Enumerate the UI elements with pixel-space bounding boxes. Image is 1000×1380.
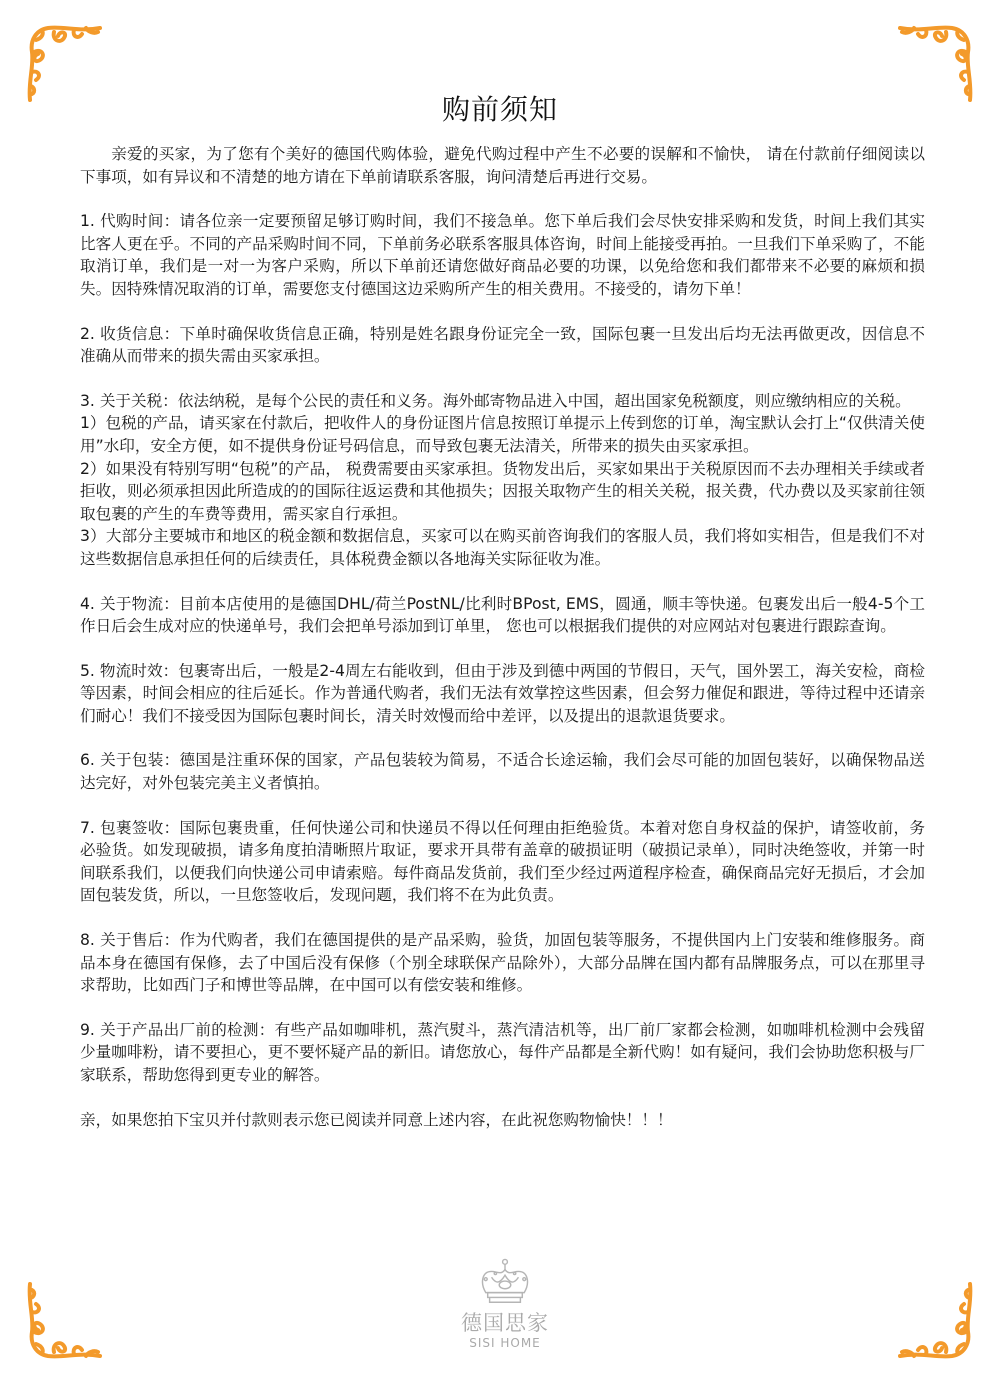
section-package-receipt: 7. 包裹签收：国际包裹贵重，任何快递公司和快递员不得以任何理由拒绝验货。本着对…: [80, 817, 925, 907]
brand-name-en: SISI HOME: [440, 1336, 570, 1350]
section-packaging: 6. 关于包装：德国是注重环保的国家，产品包装较为简易，不适合长途运输，我们会尽…: [80, 749, 925, 794]
section-text: 8. 关于售后：作为代购者，我们在德国提供的是产品采购，验货，加固包装等服务，不…: [80, 929, 925, 997]
section-subitem: 2）如果没有特别写明“包税”的产品， 税费需要由买家承担。货物发出后，买家如果出…: [80, 458, 925, 526]
section-shipping-info: 2. 收货信息：下单时确保收货信息正确，特别是姓名跟身份证完全一致，国际包裹一旦…: [80, 323, 925, 368]
notice-content: 亲爱的买家，为了您有个美好的德国代购体验，避免代购过程中产生不必要的误解和不愉快…: [80, 143, 925, 1131]
section-text: 2. 收货信息：下单时确保收货信息正确，特别是姓名跟身份证完全一致，国际包裹一旦…: [80, 323, 925, 368]
section-subitem: 1）包税的产品，请买家在付款后，把收件人的身份证图片信息按照订单提示上传到您的订…: [80, 412, 925, 457]
crown-icon: [476, 1258, 534, 1308]
section-after-sales: 8. 关于售后：作为代购者，我们在德国提供的是产品采购，验货，加固包装等服务，不…: [80, 929, 925, 997]
section-subitem: 3）大部分主要城市和地区的税金额和数据信息，买家可以在购买前咨询我们的客服人员，…: [80, 525, 925, 570]
section-logistics: 4. 关于物流：目前本店使用的是德国DHL/荷兰PostNL/比利时BPost,…: [80, 593, 925, 638]
page-title: 购前须知: [0, 88, 1000, 128]
section-delivery-time: 5. 物流时效：包裹寄出后，一般是2-4周左右能收到，但由于涉及到德中两国的节假…: [80, 660, 925, 728]
section-purchase-time: 1. 代购时间：请各位亲一定要预留足够订购时间，我们不接急单。您下单后我们会尽快…: [80, 210, 925, 300]
section-factory-inspection: 9. 关于产品出厂前的检测：有些产品如咖啡机，蒸汽熨斗，蒸汽清洁机等，出厂前厂家…: [80, 1019, 925, 1087]
intro-paragraph: 亲爱的买家，为了您有个美好的德国代购体验，避免代购过程中产生不必要的误解和不愉快…: [80, 143, 925, 188]
closing-paragraph: 亲，如果您拍下宝贝并付款则表示您已阅读并同意上述内容，在此祝您购物愉快！！！: [80, 1109, 925, 1132]
brand-name-cn: 德国思家: [440, 1310, 570, 1336]
section-text: 1. 代购时间：请各位亲一定要预留足够订购时间，我们不接急单。您下单后我们会尽快…: [80, 210, 925, 300]
section-text: 4. 关于物流：目前本店使用的是德国DHL/荷兰PostNL/比利时BPost,…: [80, 593, 925, 638]
corner-ornament-bottom-left-icon: [24, 1282, 104, 1362]
brand-logo: 德国思家 SISI HOME: [440, 1258, 570, 1350]
section-text: 3. 关于关税：依法纳税，是每个公民的责任和义务。海外邮寄物品进入中国，超出国家…: [80, 390, 925, 413]
section-customs-tax: 3. 关于关税：依法纳税，是每个公民的责任和义务。海外邮寄物品进入中国，超出国家…: [80, 390, 925, 571]
section-text: 5. 物流时效：包裹寄出后，一般是2-4周左右能收到，但由于涉及到德中两国的节假…: [80, 660, 925, 728]
section-text: 7. 包裹签收：国际包裹贵重，任何快递公司和快递员不得以任何理由拒绝验货。本着对…: [80, 817, 925, 907]
section-text: 9. 关于产品出厂前的检测：有些产品如咖啡机，蒸汽熨斗，蒸汽清洁机等，出厂前厂家…: [80, 1019, 925, 1087]
corner-ornament-bottom-right-icon: [896, 1282, 976, 1362]
section-text: 6. 关于包装：德国是注重环保的国家，产品包装较为简易，不适合长途运输，我们会尽…: [80, 749, 925, 794]
